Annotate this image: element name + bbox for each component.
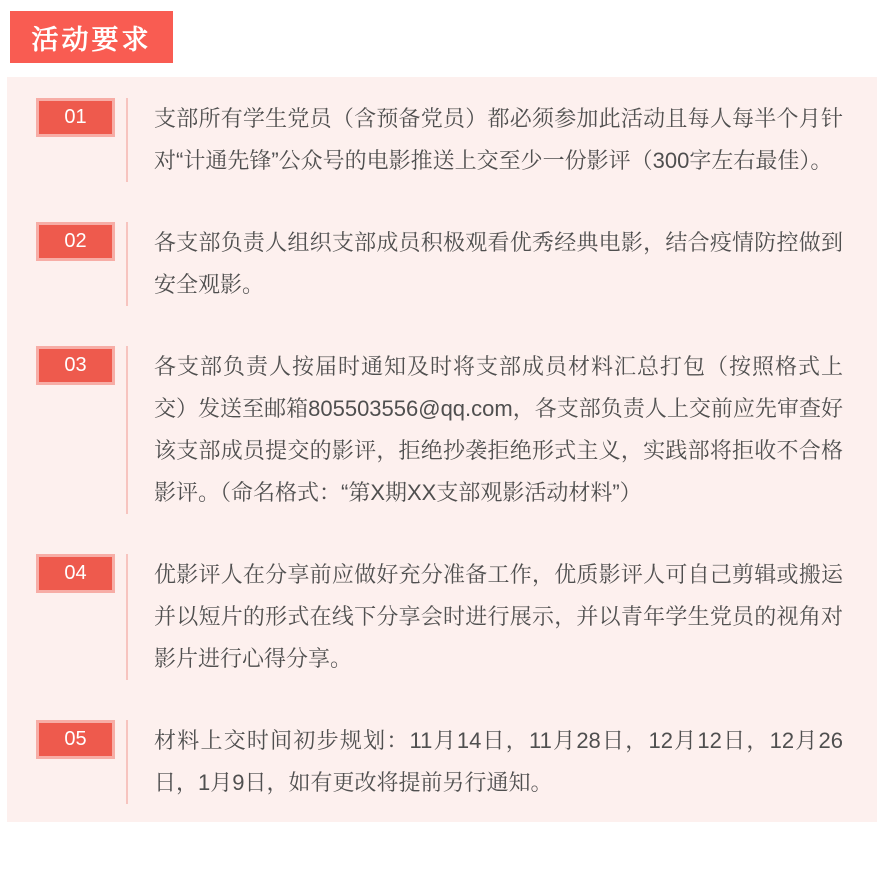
page: 活动要求 01 支部所有学生党员（含预备党员）都必须参加此活动且每人每半个月针对… xyxy=(0,0,884,879)
vertical-divider xyxy=(126,720,128,804)
requirements-panel: 01 支部所有学生党员（含预备党员）都必须参加此活动且每人每半个月针对“计通先锋… xyxy=(7,77,877,822)
item-text: 各支部负责人组织支部成员积极观看优秀经典电影，结合疫情防控做到安全观影。 xyxy=(154,222,843,306)
vertical-divider xyxy=(126,554,128,680)
item-text: 支部所有学生党员（含预备党员）都必须参加此活动且每人每半个月针对“计通先锋”公众… xyxy=(154,98,843,182)
item-number-badge: 02 xyxy=(36,222,115,261)
item-number-badge: 01 xyxy=(36,98,115,137)
item-text: 各支部负责人按届时通知及时将支部成员材料汇总打包（按照格式上交）发送至邮箱805… xyxy=(154,346,843,514)
requirement-item: 05 材料上交时间初步规划：11月14日，11月28日，12月12日，12月26… xyxy=(36,720,843,804)
section-title-badge: 活动要求 xyxy=(10,11,173,63)
vertical-divider xyxy=(126,98,128,182)
item-text: 优影评人在分享前应做好充分准备工作，优质影评人可自己剪辑或搬运并以短片的形式在线… xyxy=(154,554,843,680)
vertical-divider xyxy=(126,346,128,514)
item-text: 材料上交时间初步规划：11月14日，11月28日，12月12日，12月26日，1… xyxy=(154,720,843,804)
item-number-badge: 04 xyxy=(36,554,115,593)
requirement-item: 04 优影评人在分享前应做好充分准备工作，优质影评人可自己剪辑或搬运并以短片的形… xyxy=(36,554,843,680)
item-number-badge: 05 xyxy=(36,720,115,759)
section-title: 活动要求 xyxy=(32,18,152,57)
vertical-divider xyxy=(126,222,128,306)
requirement-item: 01 支部所有学生党员（含预备党员）都必须参加此活动且每人每半个月针对“计通先锋… xyxy=(36,98,843,182)
requirement-item: 02 各支部负责人组织支部成员积极观看优秀经典电影，结合疫情防控做到安全观影。 xyxy=(36,222,843,306)
item-number-badge: 03 xyxy=(36,346,115,385)
requirement-item: 03 各支部负责人按届时通知及时将支部成员材料汇总打包（按照格式上交）发送至邮箱… xyxy=(36,346,843,514)
